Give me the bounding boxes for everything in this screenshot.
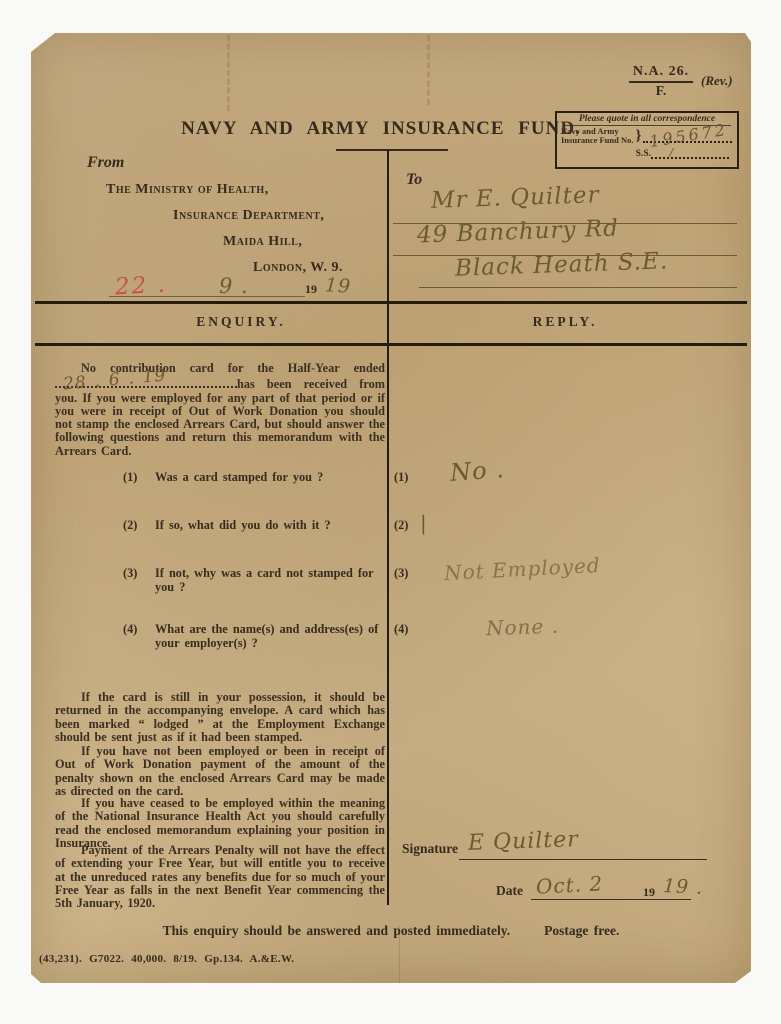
- form-number-top: N.A. 26.: [633, 64, 689, 80]
- form-reference: N.A. 26. F. (Rev.): [629, 64, 733, 100]
- form-number-fraction: N.A. 26. F.: [629, 64, 693, 100]
- postage-free-note: Postage free.: [544, 923, 619, 939]
- to-address-handwritten: Black Heath S.E.: [455, 248, 669, 281]
- half-year-date-handwritten: 28 . 6 . 19: [63, 370, 167, 392]
- ss-handwritten-mark: /: [669, 146, 674, 160]
- para2-text: If the card is still in your possession,…: [55, 690, 385, 744]
- question-number: (2): [123, 518, 155, 533]
- to-address-handwritten: Mr E. Quilter: [431, 182, 600, 214]
- sent-date-year-printed: 19: [305, 282, 317, 297]
- to-label: To: [406, 171, 422, 189]
- enquiry-paragraph-2: If the card is still in your possession,…: [55, 691, 385, 744]
- question-text: What are the name(s) and address(es) of …: [155, 622, 385, 650]
- enquiry-paragraph-3: If you have not been employed or been in…: [55, 745, 385, 798]
- from-address-line: Maida Hill,: [223, 234, 302, 250]
- question-text: If so, what did you do with it ?: [155, 518, 331, 533]
- para3-text: If you have not been employed or been in…: [55, 744, 385, 798]
- signature-label: Signature: [402, 841, 458, 857]
- reply-number: (1): [394, 470, 408, 485]
- reply-number: (3): [394, 566, 408, 581]
- to-address-handwritten: 49 Banchury Rd: [417, 215, 620, 248]
- question-number: (4): [123, 622, 155, 650]
- printer-imprint: (43,231). G7022. 40,000. 8/19. Gp.134. A…: [39, 953, 294, 965]
- date-year-handwritten: 19 .: [662, 875, 703, 899]
- reply-answer-handwritten: No .: [449, 455, 506, 487]
- question-row-1: (1) Was a card stamped for you ?: [123, 470, 395, 485]
- signature-handwritten: E Quilter: [468, 827, 580, 856]
- brace: }: [636, 128, 642, 145]
- question-number: (1): [123, 470, 155, 485]
- date-year-printed: 19: [643, 885, 655, 900]
- ss-row: S.S. /: [557, 145, 737, 159]
- enquiry-paragraph-5: Payment of the Arrears Penalty will not …: [55, 844, 385, 910]
- from-address-line: Insurance Department,: [173, 208, 324, 224]
- reply-answer-handwritten: Not Employed: [443, 553, 601, 585]
- revision-label: (Rev.): [701, 73, 733, 89]
- sent-date-year-handwritten: 19: [324, 274, 352, 298]
- question-row-2: (2) If so, what did you do with it ?: [123, 518, 395, 533]
- reply-answer-handwritten: None .: [486, 614, 560, 641]
- horizontal-rule-top: [35, 301, 747, 304]
- fund-number-dotted-line: 195672: [643, 129, 732, 143]
- signature-line: [459, 859, 707, 860]
- fund-org-label: Navy and Army Insurance Fund No.: [561, 127, 634, 145]
- question-text: If not, why was a card not stamped for y…: [155, 566, 383, 594]
- scanned-form: N.A. 26. F. (Rev.) NAVY AND ARMY INSURAN…: [31, 33, 751, 983]
- sent-date-line: [109, 296, 305, 297]
- from-label: From: [87, 154, 124, 172]
- stain-mark: [227, 35, 233, 111]
- fund-number-box: Please quote in all correspondence Navy …: [555, 111, 739, 169]
- date-line: [531, 899, 691, 900]
- reply-number: (2): [394, 518, 408, 533]
- ss-label: S.S.: [636, 149, 651, 159]
- date-handwritten: Oct. 2: [535, 871, 603, 898]
- para4-text: If you have ceased to be employed within…: [55, 796, 385, 850]
- enquiry-paragraph-1: No contribution card for the Half-Year e…: [55, 362, 385, 458]
- reply-answer-handwritten: |: [420, 511, 428, 535]
- question-row-3: (3) If not, why was a card not stamped f…: [123, 566, 395, 594]
- imprint-post: A.&E.W.: [250, 953, 295, 965]
- fraction-line: [629, 81, 693, 83]
- imprint-pre: (43,231). G7022. 40,000. 8/19.: [39, 953, 197, 965]
- sent-date-month-handwritten: 9 .: [219, 274, 249, 298]
- stain-mark: [427, 35, 433, 105]
- to-address-rule: [419, 287, 737, 288]
- fund-org-line2: Insurance Fund No.: [561, 135, 634, 145]
- imprint-group: Gp.134.: [204, 953, 243, 965]
- reply-header: REPLY.: [415, 314, 715, 330]
- question-text: Was a card stamped for you ?: [155, 470, 323, 485]
- para5-text: Payment of the Arrears Penalty will not …: [55, 843, 385, 910]
- half-year-dotted-line: 28 . 6 . 19: [55, 375, 237, 388]
- form-number-bottom: F.: [656, 84, 667, 100]
- ss-dotted-line: /: [651, 148, 729, 159]
- date-label: Date: [496, 883, 523, 899]
- reply-number: (4): [394, 622, 408, 637]
- footer-notice-row: This enquiry should be answered and post…: [31, 923, 751, 939]
- title-underline: [336, 149, 448, 151]
- footer-notice: This enquiry should be answered and post…: [163, 923, 511, 939]
- question-number: (3): [123, 566, 155, 594]
- enquiry-header: ENQUIRY.: [91, 314, 391, 330]
- question-row-4: (4) What are the name(s) and address(es)…: [123, 622, 395, 650]
- from-address-line: The Ministry of Health,: [106, 182, 269, 198]
- fund-number-row: Navy and Army Insurance Fund No. } 19567…: [557, 126, 737, 145]
- horizontal-rule-header: [35, 343, 747, 346]
